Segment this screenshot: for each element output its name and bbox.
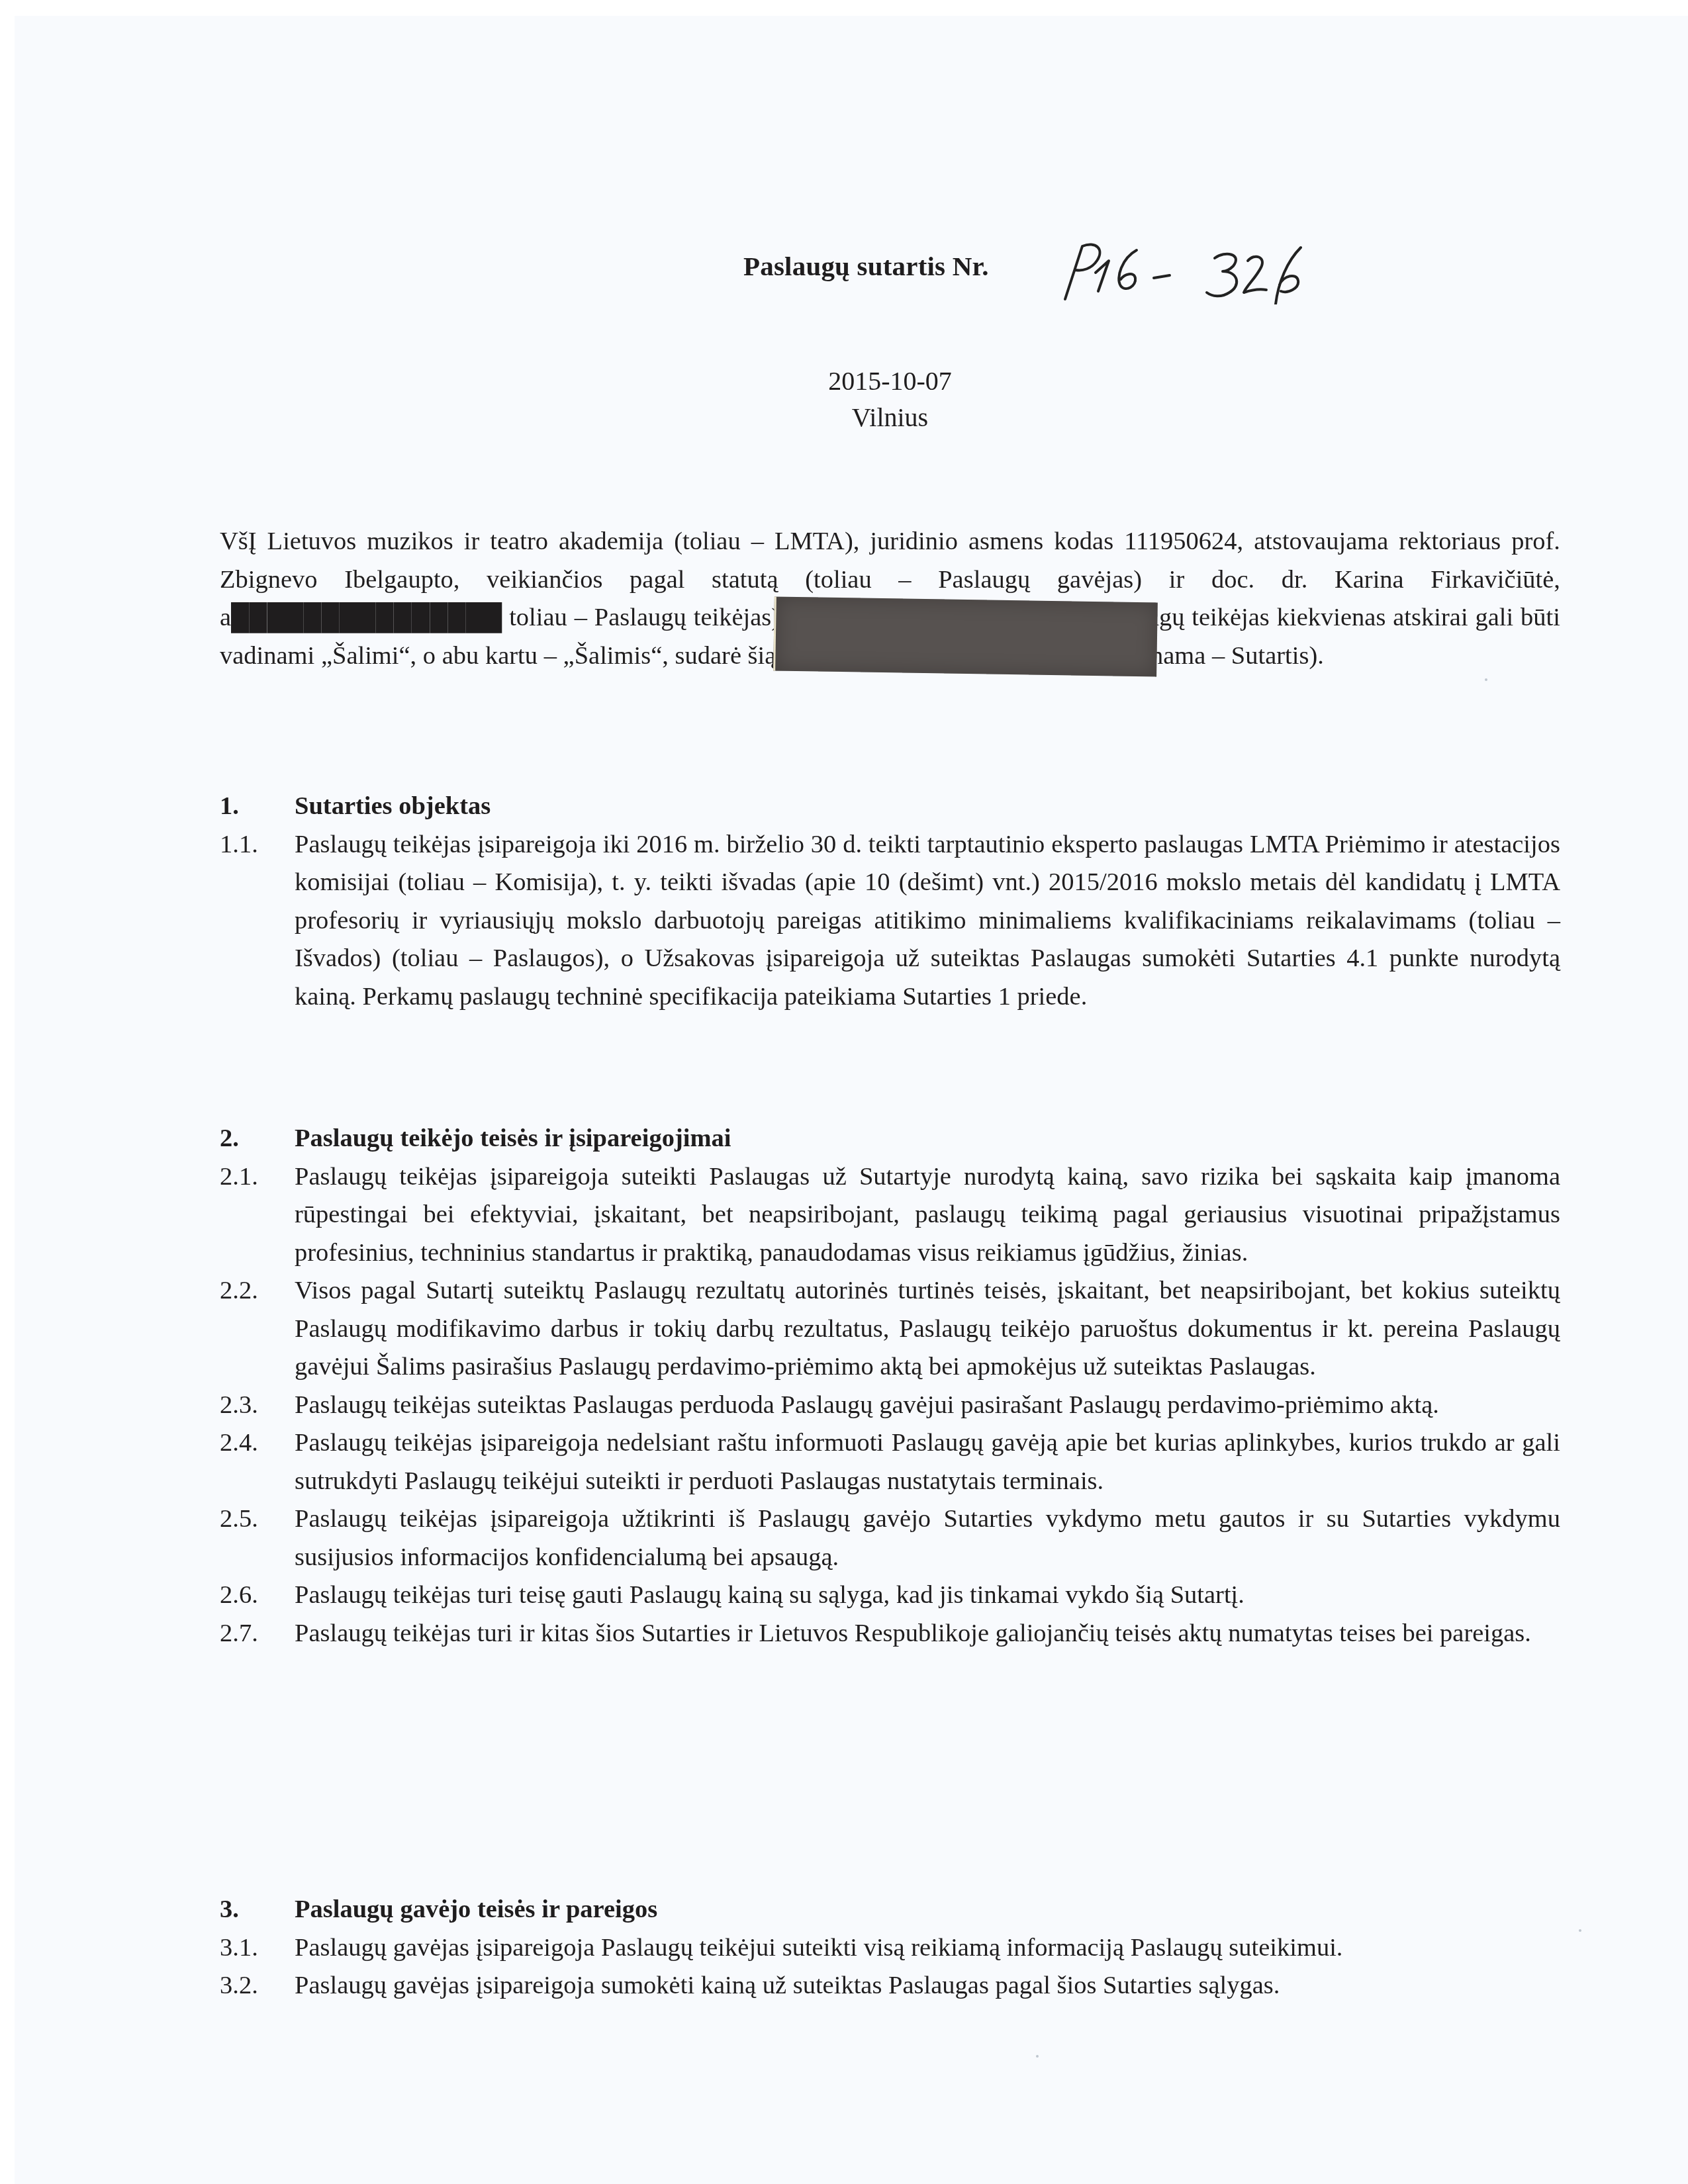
section-title: Sutarties objektas (295, 788, 491, 826)
section-number: 1. (220, 788, 295, 826)
section-1: 1. Sutarties objektas 1.1. Paslaugų teik… (220, 788, 1560, 1016)
section-title: Paslaugų gavėjo teisės ir pareigos (295, 1891, 657, 1929)
contract-date: 2015-10-07 (220, 365, 1560, 397)
section-heading: 3. Paslaugų gavėjo teisės ir pareigos (220, 1891, 1560, 1929)
scan-edge-top (0, 0, 1688, 16)
scan-speck (1485, 678, 1487, 681)
clause: 2.3. Paslaugų teikėjas suteiktas Paslaug… (220, 1387, 1560, 1425)
contract-city: Vilnius (220, 402, 1560, 433)
clause-number: 2.5. (220, 1500, 295, 1576)
clause: 2.4. Paslaugų teikėjas įsipareigoja nede… (220, 1424, 1560, 1500)
section-title: Paslaugų teikėjo teisės ir įsipareigojim… (295, 1120, 731, 1158)
clause: 2.1. Paslaugų teikėjas įsipareigoja sute… (220, 1158, 1560, 1273)
handwriting-icon (1056, 238, 1347, 304)
clause-text: Paslaugų gavėjas įsipareigoja Paslaugų t… (295, 1929, 1560, 1968)
clause-text: Paslaugų teikėjas suteiktas Paslaugas pe… (295, 1387, 1560, 1425)
document-title-row: Paslaugų sutartis Nr. (743, 250, 989, 290)
clause: 2.6. Paslaugų teikėjas turi teisę gauti … (220, 1576, 1560, 1615)
scan-speck (1036, 2055, 1039, 2058)
clause-text: Paslaugų teikėjas įsipareigoja iki 2016 … (295, 826, 1560, 1017)
clause-number: 3.2. (220, 1967, 295, 2005)
clause: 2.5. Paslaugų teikėjas įsipareigoja užti… (220, 1500, 1560, 1576)
handwritten-contract-number: P16- 326 (1056, 238, 1347, 304)
clause-number: 2.7. (220, 1615, 295, 1653)
clause-number: 2.6. (220, 1576, 295, 1615)
clause-text: Paslaugų teikėjas įsipareigoja suteikti … (295, 1158, 1560, 1273)
clause-number: 2.4. (220, 1424, 295, 1500)
section-3: 3. Paslaugų gavėjo teisės ir pareigos 3.… (220, 1891, 1560, 2005)
clause-text: Paslaugų teikėjas įsipareigoja nedelsian… (295, 1424, 1560, 1500)
clause-number: 3.1. (220, 1929, 295, 1968)
section-2: 2. Paslaugų teikėjo teisės ir įsipareigo… (220, 1120, 1560, 1653)
document-title: Paslaugų sutartis Nr. (743, 250, 989, 282)
clause-text: Paslaugų teikėjas turi ir kitas šios Sut… (295, 1615, 1560, 1653)
clause-text: Paslaugų teikėjas įsipareigoja užtikrint… (295, 1500, 1560, 1576)
clause-text: Visos pagal Sutartį suteiktų Paslaugų re… (295, 1272, 1560, 1387)
clause-number: 2.1. (220, 1158, 295, 1273)
scan-edge-left (0, 0, 15, 2184)
scan-speck (1016, 1259, 1019, 1262)
redaction-box (773, 596, 1158, 676)
clause-number: 2.2. (220, 1272, 295, 1387)
scan-speck (1579, 1929, 1581, 1932)
clause-number: 1.1. (220, 826, 295, 1017)
clause: 3.2. Paslaugų gavėjas įsipareigoja sumok… (220, 1967, 1560, 2005)
section-heading: 1. Sutarties objektas (220, 788, 1560, 826)
clause: 2.7. Paslaugų teikėjas turi ir kitas šio… (220, 1615, 1560, 1653)
clause: 1.1. Paslaugų teikėjas įsipareigoja iki … (220, 826, 1560, 1017)
section-number: 3. (220, 1891, 295, 1929)
clause: 3.1. Paslaugų gavėjas įsipareigoja Pasla… (220, 1929, 1560, 1968)
clause: 2.2. Visos pagal Sutartį suteiktų Paslau… (220, 1272, 1560, 1387)
section-number: 2. (220, 1120, 295, 1158)
clause-text: Paslaugų gavėjas įsipareigoja sumokėti k… (295, 1967, 1560, 2005)
clause-text: Paslaugų teikėjas turi teisę gauti Pasla… (295, 1576, 1560, 1615)
clause-number: 2.3. (220, 1387, 295, 1425)
section-heading: 2. Paslaugų teikėjo teisės ir įsipareigo… (220, 1120, 1560, 1158)
